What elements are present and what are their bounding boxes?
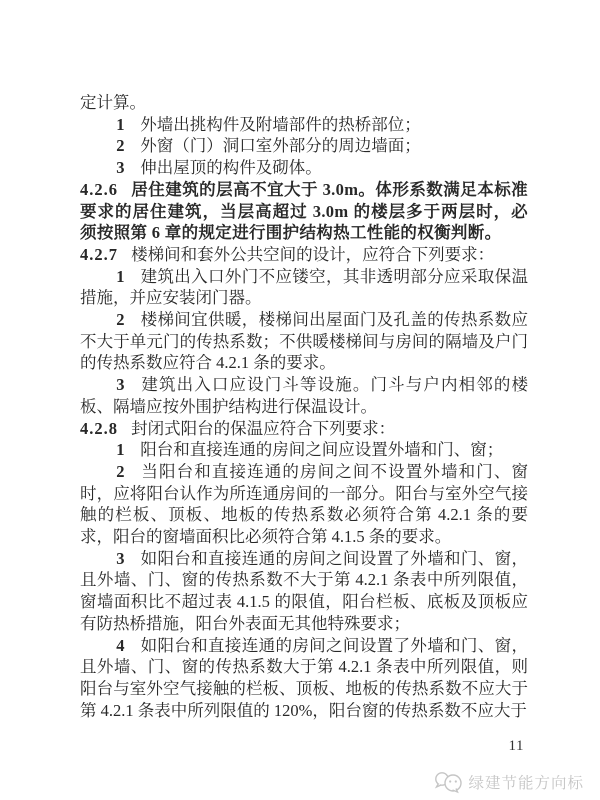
clause-number: 4.2.8 xyxy=(80,419,118,438)
list-item: 3伸出屋顶的构件及砌体。 xyxy=(80,157,528,179)
brand-text: 绿建节能方向标 xyxy=(468,771,584,793)
item-text: 阳台和直接连通的房间之间应设置外墙和门、窗； xyxy=(140,440,503,459)
item-number: 1 xyxy=(116,267,124,286)
item-number: 2 xyxy=(116,310,124,329)
page-number: 11 xyxy=(509,738,524,755)
document-page: 定计算。 1外墙出挑构件及附墙部件的热桥部位； 2外窗（门）洞口室外部分的周边墙… xyxy=(0,0,600,800)
clause-4-2-7: 4.2.7楼梯间和套外公共空间的设计，应符合下列要求： xyxy=(80,244,528,266)
list-item: 3建筑出入口应设门斗等设施。门斗与户内相邻的楼板、隔墙应按外围护结构进行保温设计… xyxy=(80,374,528,417)
clause-4-2-6: 4.2.6居住建筑的层高不宜大于 3.0m。体形系数满足本标准要求的居住建筑，当… xyxy=(80,179,528,244)
paragraph-text: 定计算。 xyxy=(80,93,146,112)
clause-number: 4.2.7 xyxy=(80,245,118,264)
paragraph-continuation: 定计算。 xyxy=(80,92,528,114)
item-text: 如阳台和直接连通的房间之间设置了外墙和门、窗，且外墙、门、窗的传热系数不大于第 … xyxy=(80,549,528,633)
list-item: 2外窗（门）洞口室外部分的周边墙面； xyxy=(80,135,528,157)
brand-watermark: 绿建节能方向标 xyxy=(433,770,584,794)
list-item: 2楼梯间宜供暖，楼梯间出屋面门及孔盖的传热系数应不大于单元门的传热系数；不供暖楼… xyxy=(80,309,528,374)
item-number: 2 xyxy=(116,136,124,155)
list-item: 1外墙出挑构件及附墙部件的热桥部位； xyxy=(80,114,528,136)
list-item: 1建筑出入口外门不应镂空，其非透明部分应采取保温措施，并应安装闭门器。 xyxy=(80,266,528,309)
list-item: 4如阳台和直接连通的房间之间设置了外墙和门、窗，且外墙、门、窗的传热系数大于第 … xyxy=(80,635,528,722)
clause-text: 楼梯间和套外公共空间的设计，应符合下列要求： xyxy=(131,245,494,264)
item-number: 3 xyxy=(116,375,124,394)
item-text: 建筑出入口外门不应镂空，其非透明部分应采取保温措施，并应安装闭门器。 xyxy=(80,267,528,308)
item-text: 外窗（门）洞口室外部分的周边墙面； xyxy=(140,136,421,155)
item-number: 2 xyxy=(116,462,124,481)
item-text: 外墙出挑构件及附墙部件的热桥部位； xyxy=(140,115,421,134)
item-text: 如阳台和直接连通的房间之间设置了外墙和门、窗，且外墙、门、窗的传热系数大于第 4… xyxy=(80,636,528,720)
item-text: 伸出屋顶的构件及砌体。 xyxy=(140,158,322,177)
clause-number: 4.2.6 xyxy=(80,180,118,199)
item-text: 建筑出入口应设门斗等设施。门斗与户内相邻的楼板、隔墙应按外围护结构进行保温设计。 xyxy=(80,375,528,416)
list-item: 3如阳台和直接连通的房间之间设置了外墙和门、窗，且外墙、门、窗的传热系数不大于第… xyxy=(80,548,528,635)
list-item: 1阳台和直接连通的房间之间应设置外墙和门、窗； xyxy=(80,439,528,461)
item-number: 1 xyxy=(116,440,124,459)
item-number: 3 xyxy=(116,549,124,568)
clause-text: 封闭式阳台的保温应符合下列要求： xyxy=(131,419,395,438)
item-number: 3 xyxy=(116,158,124,177)
body-text: 定计算。 1外墙出挑构件及附墙部件的热桥部位； 2外窗（门）洞口室外部分的周边墙… xyxy=(80,92,528,721)
item-text: 楼梯间宜供暖，楼梯间出屋面门及孔盖的传热系数应不大于单元门的传热系数；不供暖楼梯… xyxy=(80,310,528,372)
item-number: 4 xyxy=(116,636,124,655)
item-text: 当阳台和直接连通的房间之间不设置外墙和门、窗时，应将阳台认作为所连通房间的一部分… xyxy=(80,462,528,546)
item-number: 1 xyxy=(116,115,124,134)
clause-text: 居住建筑的层高不宜大于 3.0m。体形系数满足本标准要求的居住建筑，当层高超过 … xyxy=(80,180,528,242)
wechat-bubbles-icon xyxy=(433,770,463,794)
clause-4-2-8: 4.2.8封闭式阳台的保温应符合下列要求： xyxy=(80,418,528,440)
list-item: 2当阳台和直接连通的房间之间不设置外墙和门、窗时，应将阳台认作为所连通房间的一部… xyxy=(80,461,528,548)
